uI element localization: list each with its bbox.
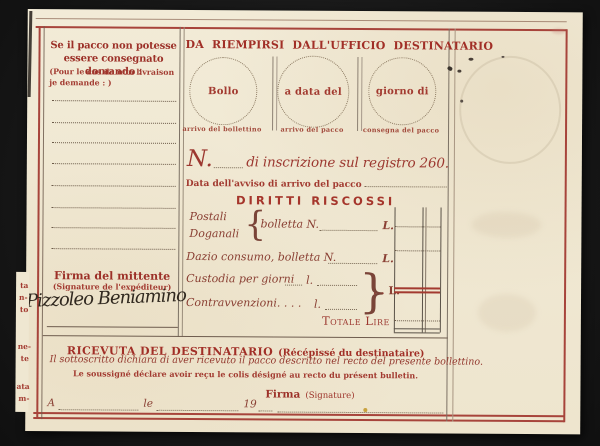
- receipt-section-top-rule: [43, 335, 448, 338]
- date-label: le: [143, 398, 153, 410]
- blank-dotted-line: [52, 99, 176, 102]
- paper-speck: [501, 56, 504, 58]
- edge-text-fragment: te: [21, 354, 29, 363]
- small-l-label: l.: [314, 298, 321, 311]
- fees-cell-rule: [394, 332, 440, 333]
- stamp-circle-consegna: giorno di: [368, 57, 436, 125]
- fees-cell-red-rule: [394, 291, 440, 293]
- blank-dotted-segment: [317, 284, 357, 286]
- receipt-signature-label: Firma (Signature): [265, 382, 354, 402]
- total-lire-label: Totale Lire: [294, 314, 390, 329]
- frame-top-line: [36, 26, 567, 31]
- stamp-separator: [357, 57, 358, 131]
- postal-form-card: Se il pacco non potesse essere consegnat…: [25, 9, 583, 434]
- fees-cell-rule: [394, 225, 440, 227]
- blank-dotted-segment: [258, 409, 272, 411]
- stamp-circle-label: Bollo: [208, 86, 238, 97]
- blank-dotted-line: [52, 162, 176, 165]
- blank-dotted-segment: [285, 284, 302, 286]
- fee-label-contravvenzioni: Contravvenzioni. . . .: [186, 296, 301, 310]
- stamp-caption: arrivo del pacco: [265, 125, 359, 134]
- stamp-separator: [361, 57, 362, 131]
- fee-label-custodia: Custodia per giorni: [186, 272, 294, 286]
- faint-postmark-ghost: [459, 56, 562, 165]
- stamp-caption: consegna del pacco: [354, 126, 448, 135]
- blank-dotted-line: [51, 226, 175, 229]
- frame-top-shadow-line: [36, 18, 567, 22]
- year-label: 19: [243, 398, 256, 410]
- left-box-bottom-rule: [47, 326, 178, 328]
- blank-dotted-segment: [325, 308, 357, 310]
- collected-fees-header: DIRITTI RISCOSSI: [185, 193, 447, 209]
- paper-stain: [478, 294, 536, 332]
- fees-cell-rule: [394, 319, 440, 321]
- blank-dotted-line: [52, 184, 176, 187]
- blank-dotted-line: [51, 247, 175, 250]
- sender-signature-label: Firma del mittente: [46, 269, 178, 283]
- paper-speck: [460, 100, 463, 103]
- stamp-circle-bollettino: Bollo: [189, 57, 257, 125]
- fee-label-doganali: Doganali: [189, 227, 239, 240]
- paper-stain: [471, 212, 541, 238]
- paper-speck: [457, 70, 461, 73]
- edge-text-fragment: ata: [16, 382, 29, 391]
- registration-text: di inscrizione sul registro 260.: [246, 154, 449, 171]
- scan-background: { "colors": { "paper": "#f2ebd7", "accen…: [0, 0, 600, 446]
- edge-text-fragment: to: [20, 305, 29, 314]
- non-delivery-instructions-heading-fr: (Pour le cas de non livraison je demande…: [49, 67, 179, 89]
- blank-dotted-line: [52, 206, 176, 209]
- fee-label-bolletta: bolletta N.: [260, 217, 319, 230]
- blank-dotted-segment: [214, 167, 243, 168]
- registration-number-line: N. di inscrizione sul registro 260.: [187, 147, 449, 173]
- edge-text-fragment: n-: [19, 293, 28, 302]
- stamp-circle-label: a data del: [285, 86, 342, 97]
- paper-stain: [552, 28, 566, 34]
- left-column-border: [41, 26, 44, 419]
- arrival-notice-label: Data dell'avviso di arrivo del pacco: [186, 179, 362, 190]
- signature-label-fr: (Signature): [305, 391, 354, 401]
- fee-label-postali: Postali: [189, 210, 226, 223]
- edge-text-fragment: m-: [18, 394, 29, 403]
- edge-text-fragment: ne-: [18, 342, 31, 351]
- arrival-notice-date-line: Data dell'avviso di arrivo del pacco: [186, 179, 447, 191]
- receipt-declaration-fr: Le soussigné déclare avoir reçu le colis…: [44, 368, 448, 380]
- frame-bottom-line-inner: [33, 417, 564, 422]
- place-label: A: [47, 397, 55, 409]
- frame-left-line: [36, 26, 40, 419]
- paper-speck: [468, 58, 473, 61]
- fee-label-dazio: Dazio consumo, bolletta N.: [186, 250, 336, 264]
- receipt-declaration-it: Il sottoscritto dichiara di aver ricevut…: [50, 354, 442, 367]
- blank-dotted-segment: [156, 409, 238, 412]
- blank-dotted-segment: [365, 186, 447, 188]
- frame-right-line: [563, 29, 567, 422]
- card-edge-mark: [28, 11, 33, 97]
- stamp-separator: [272, 56, 273, 130]
- blank-dotted-segment: [319, 229, 377, 231]
- stamp-circle-pacco: a data del: [277, 56, 349, 128]
- small-l-label: l.: [306, 274, 313, 287]
- firma-label: Firma: [265, 388, 300, 400]
- blank-dotted-line: [52, 141, 176, 144]
- blank-dotted-line: [52, 121, 176, 124]
- office-section-header: DA RIEMPIRSI DALL'UFFICIO DESTINATARIO: [186, 38, 448, 53]
- fees-cell-red-rule: [394, 287, 440, 289]
- fees-cell-rule: [394, 249, 440, 251]
- fees-cell-rule: [394, 328, 440, 329]
- edge-text-fragment: ta: [20, 281, 28, 290]
- frame-bottom-line-outer: [33, 412, 564, 417]
- blank-dotted-segment: [58, 408, 138, 410]
- lire-label: L.: [382, 219, 394, 232]
- stamp-circle-label: giorno di: [376, 86, 429, 97]
- paper-speck: [363, 408, 367, 412]
- registration-n-label: N.: [187, 147, 213, 171]
- stamp-caption: arrivo del bollettino: [175, 125, 269, 134]
